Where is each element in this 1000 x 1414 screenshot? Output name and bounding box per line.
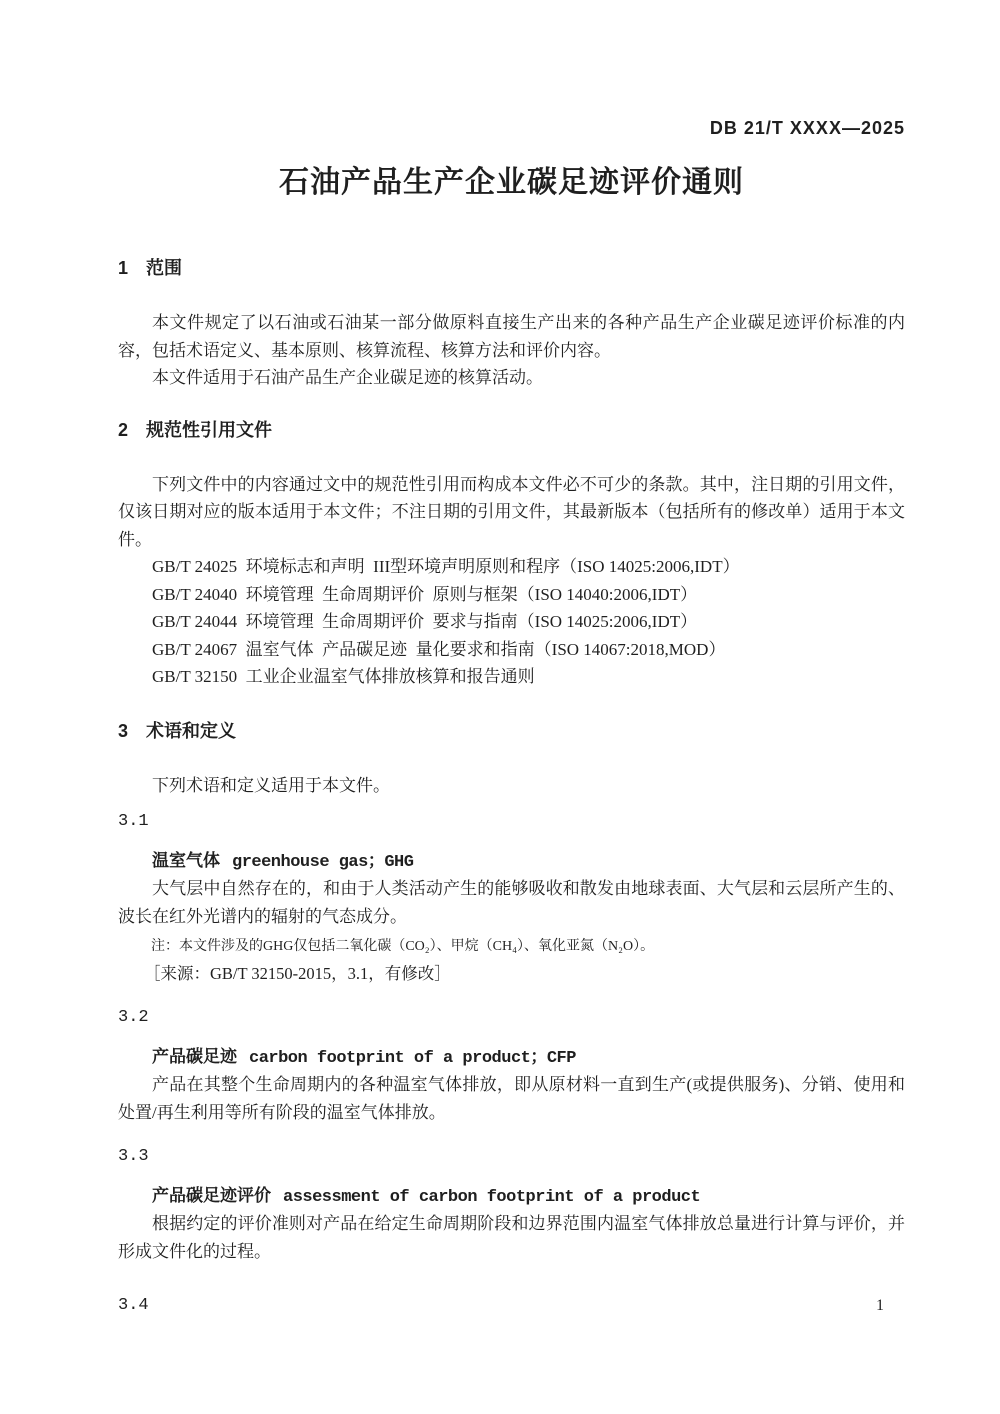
term-name-zh: 产品碳足迹评价: [152, 1186, 271, 1205]
section-normative-refs-number: 2: [118, 420, 128, 440]
term-entry-3-2: 3.2 产品碳足迹carbon footprint of a product；C…: [118, 1007, 905, 1126]
section-normative-refs-heading: 2规范性引用文件: [118, 418, 905, 442]
term-number: 3.3: [118, 1146, 905, 1168]
page-content: DB 21/T XXXX—2025 石油产品生产企业碳足迹评价通则 1范围 本文…: [0, 0, 1000, 1317]
term-entry-3-3: 3.3 产品碳足迹评价assessment of carbon footprin…: [118, 1146, 905, 1265]
term-title: 产品碳足迹carbon footprint of a product；CFP: [118, 1045, 905, 1071]
term-name-zh: 温室气体: [152, 851, 220, 870]
reference-item: GB/T 32150 工业企业温室气体排放核算和报告通则: [118, 663, 905, 691]
terms-intro: 下列术语和定义适用于本文件。: [118, 772, 905, 800]
term-title: 温室气体greenhouse gas；GHG: [118, 849, 905, 875]
term-name-zh: 产品碳足迹: [152, 1047, 237, 1066]
section-terms-number: 3: [118, 721, 128, 741]
scope-paragraph-1: 本文件规定了以石油或石油某一部分做原料直接生产出来的各种产品生产企业碳足迹评价标…: [118, 309, 905, 364]
scope-paragraph-2: 本文件适用于石油产品生产企业碳足迹的核算活动。: [118, 364, 905, 392]
section-scope-number: 1: [118, 258, 128, 278]
term-number: 3.4: [118, 1295, 905, 1317]
reference-item: GB/T 24025 环境标志和声明 III型环境声明原则和程序（ISO 140…: [118, 553, 905, 581]
term-entry-3-4: 3.4: [118, 1295, 905, 1317]
section-normative-refs-label: 规范性引用文件: [146, 420, 272, 440]
section-scope-heading: 1范围: [118, 256, 905, 280]
term-number: 3.1: [118, 811, 905, 833]
term-title: 产品碳足迹评价assessment of carbon footprint of…: [118, 1184, 905, 1210]
term-name-en: carbon footprint of a product；CFP: [249, 1049, 576, 1068]
page-number: 1: [876, 1296, 884, 1316]
section-terms-label: 术语和定义: [146, 721, 236, 741]
reference-item: GB/T 24044 环境管理 生命周期评价 要求与指南（ISO 14025:2…: [118, 608, 905, 636]
term-number: 3.2: [118, 1007, 905, 1029]
term-note: 注：本文件涉及的GHG仅包括二氧化碳（CO₂）、甲烷（CH₄）、氧化亚氮（N₂O…: [118, 937, 905, 957]
term-definition: 产品在其整个生命周期内的各种温室气体排放，即从原材料一直到生产(或提供服务)、分…: [118, 1071, 905, 1126]
term-definition: 大气层中自然存在的，和由于人类活动产生的能够吸收和散发由地球表面、大气层和云层所…: [118, 875, 905, 930]
page-title: 石油产品生产企业碳足迹评价通则: [118, 164, 905, 202]
scanned-standard-document-page: { "header": { "doc_code": "DB 21/T XXXX—…: [0, 0, 1000, 1414]
term-entry-3-1: 3.1 温室气体greenhouse gas；GHG 大气层中自然存在的，和由于…: [118, 811, 905, 985]
reference-item: GB/T 24067 温室气体 产品碳足迹 量化要求和指南（ISO 14067:…: [118, 636, 905, 664]
reference-item: GB/T 24040 环境管理 生命周期评价 原则与框架（ISO 14040:2…: [118, 581, 905, 609]
doc-code: DB 21/T XXXX—2025: [118, 118, 905, 138]
term-source: ［来源：GB/T 32150-2015，3.1，有修改］: [118, 962, 905, 985]
normative-refs-list: GB/T 24025 环境标志和声明 III型环境声明原则和程序（ISO 140…: [118, 553, 905, 691]
term-name-en: greenhouse gas；GHG: [232, 853, 413, 872]
term-name-en: assessment of carbon footprint of a prod…: [283, 1188, 700, 1207]
normative-refs-intro: 下列文件中的内容通过文中的规范性引用而构成本文件必不可少的条款。其中，注日期的引…: [118, 471, 905, 554]
section-terms-heading: 3术语和定义: [118, 719, 905, 743]
term-definition: 根据约定的评价准则对产品在给定生命周期阶段和边界范围内温室气体排放总量进行计算与…: [118, 1210, 905, 1265]
section-scope-label: 范围: [146, 258, 182, 278]
